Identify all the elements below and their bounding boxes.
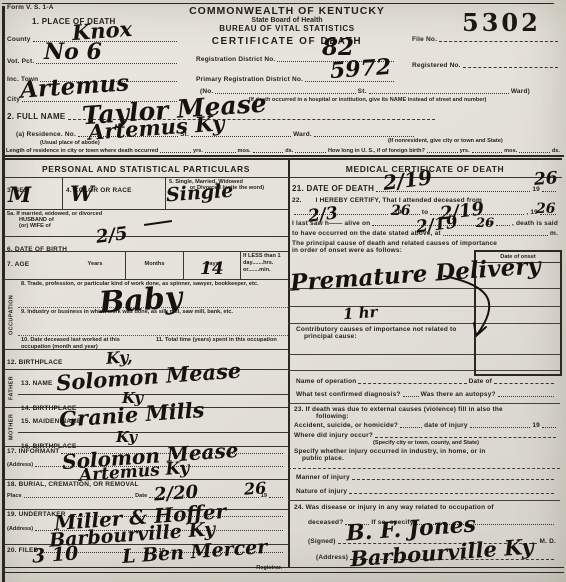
attended-from-year-handwritten: 26 xyxy=(391,206,410,218)
registration-district-label: Registration District No. xyxy=(196,56,275,63)
dotted-line xyxy=(160,147,191,153)
death-certificate-scan: Form V. S. 1-A 1. PLACE OF DEATH County … xyxy=(0,0,566,582)
spouse-row: 5a. If married, widowed, or divorced HUS… xyxy=(4,210,288,237)
dotted-line xyxy=(519,147,550,153)
mother-birthplace-value-handwritten: Ky xyxy=(116,431,137,444)
test-rule xyxy=(288,403,560,404)
street-st-label: St. xyxy=(358,88,367,95)
burial-place-label: Place xyxy=(7,493,22,499)
autopsy-label: Was there an autopsy? xyxy=(421,391,496,398)
dotted-line xyxy=(269,492,283,498)
personal-column: PERSONAL AND STATISTICAL PARTICULARS 3. … xyxy=(4,158,290,568)
nature-rule xyxy=(288,500,560,501)
principal-cause-text: The principal cause of death and related… xyxy=(292,240,558,247)
informant-label: 17. INFORMANT xyxy=(7,448,59,455)
length-of-residence-row: Length of residence in city or town wher… xyxy=(6,147,560,154)
dotted-line xyxy=(472,147,503,153)
registration-district-value-handwritten: 82 xyxy=(322,38,354,58)
length-label: Length of residence in city or town wher… xyxy=(6,148,158,154)
informant-address-label: (Address) xyxy=(7,462,33,468)
dotted-line xyxy=(542,422,556,428)
related-text: 24. Was disease or injury in any way rel… xyxy=(294,504,556,511)
residence-label: (a) Residence. No. xyxy=(16,131,76,138)
age-less-cell: If LESS than 1 day.......hrs. or.......m… xyxy=(241,252,288,279)
to-label: to xyxy=(422,209,429,216)
precinct-value-handwritten: No 6 xyxy=(44,43,102,62)
manner-row: Manner of injury xyxy=(296,474,556,481)
board-subtitle: State Board of Health xyxy=(178,17,396,24)
accident-row: Accident, suicide, or homicide? date of … xyxy=(294,422,558,429)
city-label: City xyxy=(7,96,20,103)
primary-registration-label: Primary Registration District No. xyxy=(196,76,303,83)
dotted-line xyxy=(253,147,284,153)
total-time-label: 11. Total time (years) spent in this occ… xyxy=(156,337,285,344)
age-years-label: Years xyxy=(88,261,103,267)
burial-date-label: Date xyxy=(135,493,147,499)
bottom-rule-2 xyxy=(2,572,564,573)
signed-address-label: (Address) xyxy=(316,554,348,561)
burial-year-value-handwritten: 26 xyxy=(244,481,267,496)
age-row: 7. AGE Years Months Days If LESS than 1 … xyxy=(4,252,288,280)
certify-number: 22. xyxy=(292,197,302,204)
color-value-handwritten: W xyxy=(70,185,94,203)
dashed-line xyxy=(375,432,556,438)
header-center: COMMONWEALTH OF KENTUCKY State Board of … xyxy=(178,5,396,47)
ds-label-2: ds. xyxy=(552,148,560,154)
commonwealth-title: COMMONWEALTH OF KENTUCKY xyxy=(178,5,396,17)
accident-label: Accident, suicide, or homicide? xyxy=(294,422,398,429)
dashed-line xyxy=(358,378,466,384)
mos-label-2: mos. xyxy=(504,148,517,154)
death-said-text: , death is said xyxy=(512,220,558,227)
form-number: Form V. S. 1-A xyxy=(7,4,54,11)
attended-to-year-handwritten: 26 xyxy=(536,204,555,216)
dob-row: 6. DATE OF BIRTH xyxy=(4,237,288,252)
nonresident-note: (If nonresident, give city or town and S… xyxy=(388,138,503,144)
dotted-line xyxy=(205,147,236,153)
ds-label: ds. xyxy=(285,148,293,154)
yrs-label: yrs. xyxy=(193,148,203,154)
city-value-handwritten: Artemus xyxy=(19,73,129,100)
dashed-line xyxy=(463,62,558,68)
personal-heading: PERSONAL AND STATISTICAL PARTICULARS xyxy=(4,160,288,178)
mos-label: mos. xyxy=(238,148,251,154)
occupation-value-handwritten: Baby xyxy=(98,285,183,316)
residence-ward-label: Ward. xyxy=(293,131,312,138)
registered-no-label: Registered No. xyxy=(412,62,461,69)
external-text2: following: xyxy=(316,413,558,420)
where-injury-label: Where did injury occur? xyxy=(294,432,373,439)
deceased-label: deceased? xyxy=(308,519,343,526)
specify-text: Specify whether injury occurred in indus… xyxy=(294,448,558,455)
file-no-row: File No. xyxy=(412,36,560,43)
certificate-stamp-number: 5302 xyxy=(462,8,541,37)
scan-top-line xyxy=(2,3,554,4)
age-years-cell: Years xyxy=(65,252,126,279)
dotted-line xyxy=(369,88,509,94)
precinct-label: Vot. Pct. xyxy=(7,58,34,65)
header-divider-line xyxy=(2,155,564,157)
date-of-death-value-handwritten: 2/19 xyxy=(382,169,433,192)
mother-side-label: MOTHER xyxy=(4,408,18,446)
where-injury-row: Where did injury occur? xyxy=(294,432,558,439)
dashed-line xyxy=(352,474,554,480)
last-saw-year-handwritten: 26 xyxy=(476,218,494,229)
burial-date-value-handwritten: 2/20 xyxy=(154,484,199,502)
cause-duration-handwritten: 1 hr xyxy=(343,306,378,321)
external-text: 23. If death was due to external causes … xyxy=(294,406,558,413)
test-autopsy-row: What test confirmed diagnosis? Was there… xyxy=(296,391,556,398)
injury-year-prefix: 19 xyxy=(532,422,540,429)
dashed-line xyxy=(349,488,554,494)
street-ward-label: Ward) xyxy=(511,88,530,95)
specify-note: (Specify city or town, county, and State… xyxy=(294,440,558,446)
age-months-cell: Months xyxy=(126,252,184,279)
md-label: M. D. xyxy=(539,538,556,545)
age-cell: 7. AGE xyxy=(4,252,65,279)
nature-label: Nature of injury xyxy=(296,488,347,495)
registered-no-row: Registered No. xyxy=(412,62,560,69)
undertaker-address-label: (Address) xyxy=(7,526,33,532)
contributory-block: Contributory causes of importance not re… xyxy=(296,326,457,340)
birthplace-value-handwritten: Ky, xyxy=(106,350,133,365)
dob-value-handwritten: 2/5 xyxy=(95,226,128,245)
contributory-text: Contributory causes of importance not re… xyxy=(296,326,457,333)
age-less-note: If LESS than 1 day.......hrs. or.......m… xyxy=(243,253,286,274)
signed-label: (Signed) xyxy=(308,538,336,545)
yrs-label-2: yrs. xyxy=(460,148,470,154)
primary-registration-value-handwritten: 5972 xyxy=(329,58,391,81)
external-causes-block: 23. If death was due to external causes … xyxy=(294,406,558,462)
sex-value-handwritten: M xyxy=(8,186,31,204)
medical-column: MEDICAL CERTIFICATE OF DEATH 21. DATE OF… xyxy=(288,158,562,568)
test-label: What test confirmed diagnosis? xyxy=(296,391,401,398)
dotted-line xyxy=(295,147,326,153)
age-label: 7. AGE xyxy=(7,261,29,268)
dotted-line xyxy=(427,147,458,153)
filed-date-value-handwritten: 3 10 xyxy=(31,545,78,564)
registrar-label: Registrar. xyxy=(256,565,282,571)
ink-flourish-stroke xyxy=(438,264,508,344)
marital-value-handwritten: Single xyxy=(166,183,234,204)
age-months-label: Months xyxy=(145,261,165,267)
full-name-label: 2. FULL NAME xyxy=(7,112,66,121)
father-side-label: FATHER xyxy=(4,370,18,407)
dotted-line xyxy=(470,422,531,428)
operation-label: Name of operation xyxy=(296,378,356,385)
dotted-line xyxy=(403,391,419,397)
dashed-line xyxy=(494,378,554,384)
file-no-label: File No. xyxy=(412,36,437,43)
dotted-line xyxy=(400,422,422,428)
dotted-line xyxy=(496,220,510,226)
dotted-line xyxy=(314,131,414,137)
operation-date-label: Date of xyxy=(469,378,492,385)
dotted-line xyxy=(24,492,134,498)
last-saw-value-handwritten: 2/19 xyxy=(415,216,458,235)
sex-color-marital-row: 3. SEX 4. COLOR OR RACE 5. Single, Marri… xyxy=(4,178,288,210)
contributory-text2: principal cause: xyxy=(304,333,457,340)
date-of-death-year-handwritten: 26 xyxy=(534,171,559,187)
certificate-title: CERTIFICATE OF DEATH xyxy=(178,36,396,47)
nature-row: Nature of injury xyxy=(296,488,556,495)
injury-date-label: date of injury xyxy=(424,422,468,429)
operation-row: Name of operation Date of xyxy=(296,378,556,385)
county-label: County xyxy=(7,36,31,43)
date-of-death-label: 21. DATE OF DEATH xyxy=(292,184,374,193)
m-label: m. xyxy=(550,230,558,237)
birthplace-label: 12. BIRTHPLACE xyxy=(7,359,63,366)
occupation-side-label: OCCUPATION xyxy=(4,280,18,349)
bureau-subtitle: BUREAU OF VITAL STATISTICS xyxy=(178,24,396,33)
dotted-line xyxy=(498,391,554,397)
age-days-value-handwritten: 14 xyxy=(200,262,224,276)
external-rule xyxy=(288,468,560,469)
specify-text2: public place. xyxy=(302,455,558,462)
manner-label: Manner of injury xyxy=(296,474,350,481)
father-name-label: 13. NAME xyxy=(21,380,53,387)
dashed-line xyxy=(439,36,558,42)
foreign-birth-label: How long in U. S., if of foreign birth? xyxy=(328,148,425,154)
attended-from-value-handwritten: 2/3 xyxy=(307,206,338,224)
